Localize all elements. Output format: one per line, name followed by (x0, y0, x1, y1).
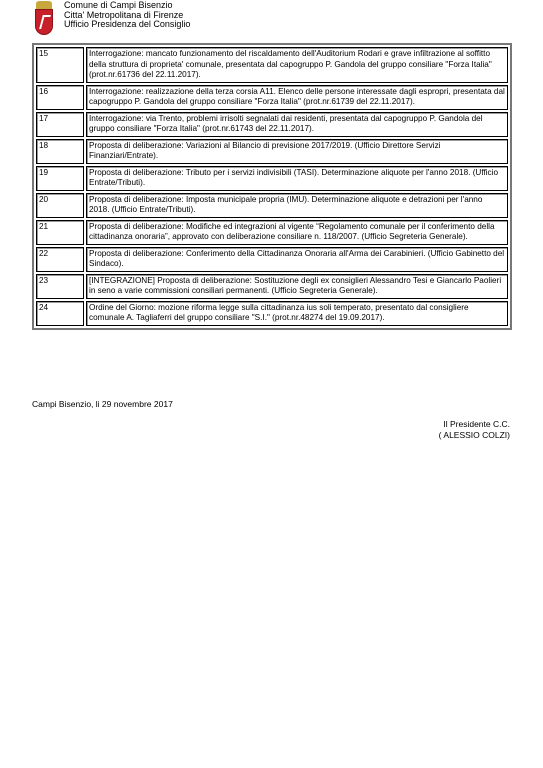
item-number: 22 (36, 247, 84, 272)
item-description: [INTEGRAZIONE] Proposta di deliberazione… (86, 274, 508, 299)
table-row: 20Proposta di deliberazione: Imposta mun… (36, 193, 508, 218)
crown-icon (36, 1, 52, 9)
item-number: 23 (36, 274, 84, 299)
item-description: Interrogazione: mancato funzionamento de… (86, 47, 508, 83)
shield-icon (35, 9, 53, 35)
signature-block: Il Presidente C.C. ( ALESSIO COLZI) (439, 419, 510, 441)
item-number: 21 (36, 220, 84, 245)
letterhead: Comune di Campi Bisenzio Citta' Metropol… (33, 1, 190, 37)
table-row: 15Interrogazione: mancato funzionamento … (36, 47, 508, 83)
letterhead-text: Comune di Campi Bisenzio Citta' Metropol… (64, 1, 190, 30)
agenda-table: 15Interrogazione: mancato funzionamento … (32, 43, 512, 330)
item-description: Proposta di deliberazione: Imposta munic… (86, 193, 508, 218)
item-description: Proposta di deliberazione: Variazioni al… (86, 139, 508, 164)
signature-title: Il Presidente C.C. (439, 419, 510, 430)
item-description: Interrogazione: realizzazione della terz… (86, 85, 508, 110)
table-row: 17Interrogazione: via Trento, problemi i… (36, 112, 508, 137)
table-row: 22Proposta di deliberazione: Conferiment… (36, 247, 508, 272)
coat-of-arms-icon (33, 1, 55, 37)
office-name: Ufficio Presidenza del Consiglio (64, 20, 190, 30)
table-row: 18Proposta di deliberazione: Variazioni … (36, 139, 508, 164)
table-row: 24Ordine del Giorno: mozione riforma leg… (36, 301, 508, 326)
place-date: Campi Bisenzio, li 29 novembre 2017 (32, 399, 173, 409)
item-description: Interrogazione: via Trento, problemi irr… (86, 112, 508, 137)
item-number: 24 (36, 301, 84, 326)
item-description: Proposta di deliberazione: Conferimento … (86, 247, 508, 272)
item-description: Proposta di deliberazione: Modifiche ed … (86, 220, 508, 245)
item-number: 17 (36, 112, 84, 137)
item-number: 20 (36, 193, 84, 218)
item-number: 18 (36, 139, 84, 164)
signature-name: ( ALESSIO COLZI) (439, 430, 510, 441)
item-description: Proposta di deliberazione: Tributo per i… (86, 166, 508, 191)
table-row: 16Interrogazione: realizzazione della te… (36, 85, 508, 110)
table-row: 19Proposta di deliberazione: Tributo per… (36, 166, 508, 191)
item-number: 16 (36, 85, 84, 110)
table-row: 21Proposta di deliberazione: Modifiche e… (36, 220, 508, 245)
item-description: Ordine del Giorno: mozione riforma legge… (86, 301, 508, 326)
item-number: 15 (36, 47, 84, 83)
table-row: 23[INTEGRAZIONE] Proposta di deliberazio… (36, 274, 508, 299)
item-number: 19 (36, 166, 84, 191)
